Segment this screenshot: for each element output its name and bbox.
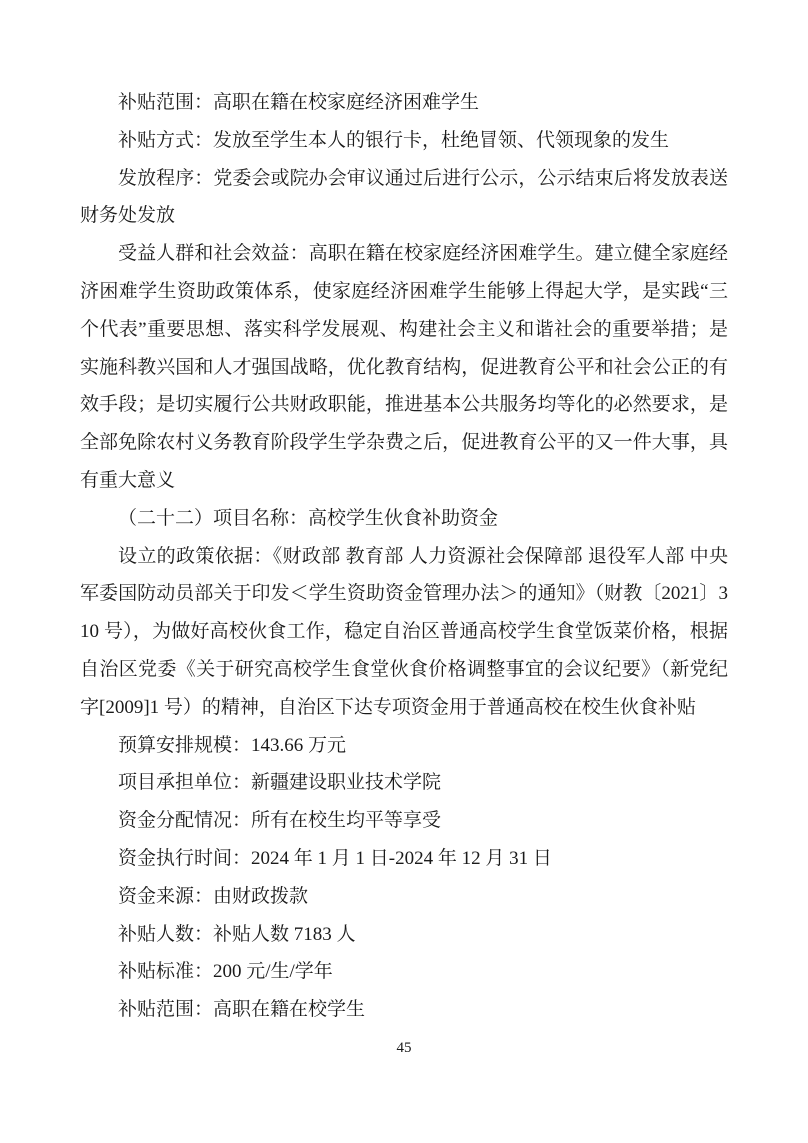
paragraph-subsidy-method: 补贴方式：发放至学生本人的银行卡，杜绝冒领、代领现象的发生 xyxy=(80,122,728,160)
paragraph-fund-allocation: 资金分配情况：所有在校生均平等享受 xyxy=(80,802,728,840)
paragraph-subsidy-standard: 补贴标准：200 元/生/学年 xyxy=(80,953,728,991)
paragraph-subsidy-scope-2: 补贴范围：高职在籍在校学生 xyxy=(80,991,728,1029)
paragraph-subsidy-scope: 补贴范围：高职在籍在校家庭经济困难学生 xyxy=(80,84,728,122)
paragraph-beneficiaries-effect: 受益人群和社会效益：高职在籍在校家庭经济困难学生。建立健全家庭经济困难学生资助政… xyxy=(80,235,728,500)
page-number: 45 xyxy=(0,1040,808,1057)
paragraph-project-title: （二十二）项目名称：高校学生伙食补助资金 xyxy=(80,500,728,538)
paragraph-disbursement-procedure: 发放程序：党委会或院办会审议通过后进行公示，公示结束后将发放表送财务处发放 xyxy=(80,160,728,236)
paragraph-budget-scale: 预算安排规模：143.66 万元 xyxy=(80,727,728,765)
document-page: 补贴范围：高职在籍在校家庭经济困难学生 补贴方式：发放至学生本人的银行卡，杜绝冒… xyxy=(0,0,808,1143)
document-body: 补贴范围：高职在籍在校家庭经济困难学生 补贴方式：发放至学生本人的银行卡，杜绝冒… xyxy=(80,84,728,1029)
paragraph-subsidy-headcount: 补贴人数：补贴人数 7183 人 xyxy=(80,916,728,954)
paragraph-undertaking-unit: 项目承担单位：新疆建设职业技术学院 xyxy=(80,764,728,802)
paragraph-execution-period: 资金执行时间：2024 年 1 月 1 日-2024 年 12 月 31 日 xyxy=(80,840,728,878)
paragraph-fund-source: 资金来源：由财政拨款 xyxy=(80,878,728,916)
paragraph-policy-basis: 设立的政策依据：《财政部 教育部 人力资源社会保障部 退役军人部 中央军委国防动… xyxy=(80,538,728,727)
